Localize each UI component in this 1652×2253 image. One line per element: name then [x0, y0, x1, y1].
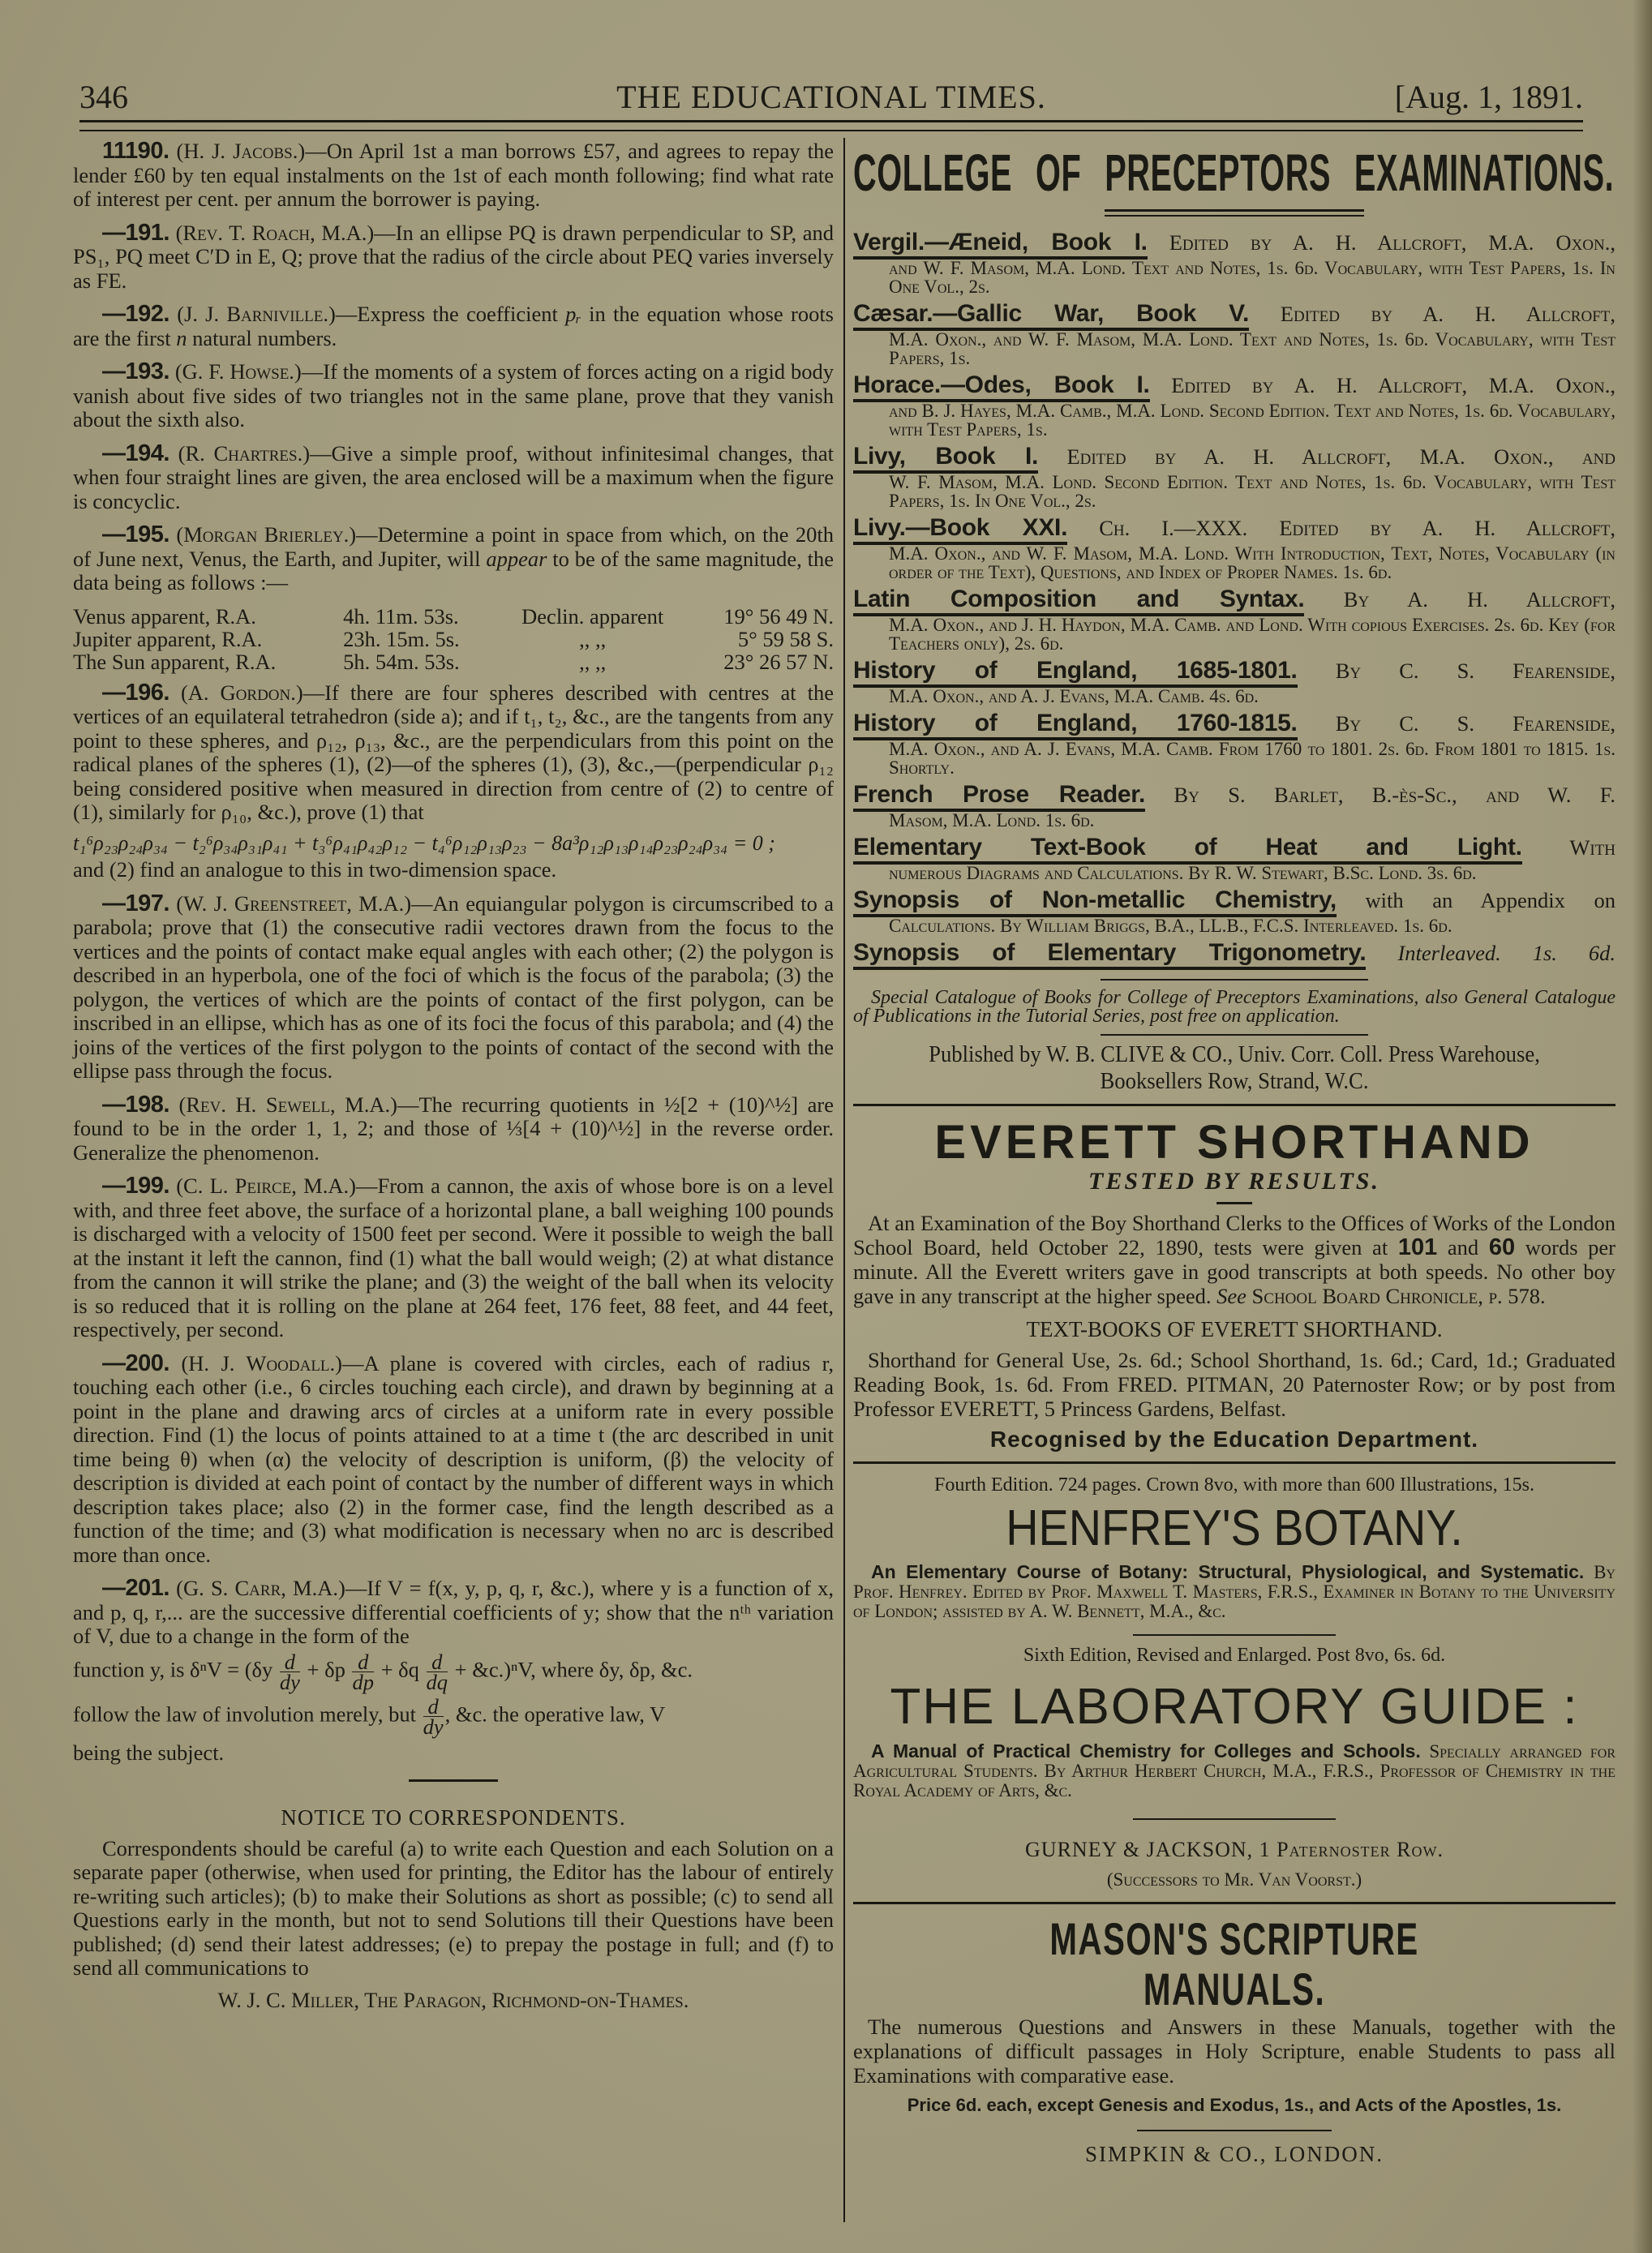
- book-detail: M.A. Oxon., and W. F. Masom, M.A. Lond. …: [853, 330, 1616, 367]
- table-row: Venus apparent, R.A. 4h. 11m. 53s. Decli…: [73, 605, 834, 628]
- ad-divider: [853, 1104, 1616, 1106]
- formula-part: function y, is δⁿV = (δy: [73, 1657, 272, 1681]
- question-197: —197. (W. J. Greenstreet, M.A.)—An equia…: [73, 892, 834, 1084]
- textbooks-title: TEXT-BOOKS OF EVERETT SHORTHAND.: [853, 1318, 1616, 1342]
- question-author: (A. Gordon.): [181, 680, 303, 705]
- question-text: being the subject.: [73, 1741, 834, 1766]
- book-detail: Masom, M.A. Lond. 1s. 6d.: [853, 811, 1616, 830]
- book-byline: Edited by A. H. Allcroft, M.A. Oxon.,: [1169, 230, 1616, 255]
- cpe-title: COLLEGE OF PRECEPTORS EXAMINATIONS.: [853, 144, 1614, 201]
- lab-edition: Sixth Edition, Revised and Enlarged. Pos…: [853, 1644, 1616, 1668]
- lab-title: THE LABORATORY GUIDE :: [853, 1678, 1616, 1736]
- book-title: History of England, 1760-1815.: [853, 710, 1298, 740]
- table-cell: Jupiter apparent, R.A.: [73, 628, 343, 650]
- question-author: (Morgan Brierley.): [176, 522, 356, 547]
- book-entry: Horace.—Odes, Book I. Edited by A. H. Al…: [853, 372, 1616, 439]
- question-author: (R. Chartres.): [178, 441, 310, 466]
- question-number: —200.: [102, 1350, 169, 1376]
- book-head: History of England, 1760-1815. By C. S. …: [853, 710, 1616, 736]
- book-detail: W. F. Masom, M.A. Lond. Second Edition. …: [853, 473, 1616, 510]
- book-head: Cæsar.—Gallic War, Book V. Edited by A. …: [853, 301, 1616, 327]
- book-entry: Livy, Book I. Edited by A. H. Allcroft, …: [853, 444, 1616, 510]
- fraction-denominator: dy: [423, 1716, 444, 1736]
- publisher-line-2: Booksellers Row, Strand, W.C.: [884, 1069, 1585, 1094]
- question-text: —A plane is covered with circles, each o…: [73, 1351, 834, 1567]
- issue-date: [Aug. 1, 1891.: [1395, 78, 1583, 116]
- question-number: —191.: [102, 220, 169, 246]
- catalogue-note: Special Catalogue of Books for College o…: [853, 989, 1616, 1026]
- book-byline: By C. S. Fearenside,: [1336, 711, 1616, 736]
- emphasis: appear: [486, 547, 547, 571]
- everett-paragraph: At an Examination of the Boy Shorthand C…: [853, 1211, 1616, 1308]
- page-edge-shadow: [1633, 0, 1652, 2253]
- header-rule-top: [79, 120, 1583, 122]
- table-row: Jupiter apparent, R.A. 23h. 15m. 5s. ,, …: [73, 628, 834, 650]
- book-byline: By S. Barlet, B.-ès-Sc., and W. F.: [1174, 783, 1616, 807]
- book-head: Elementary Text-Book of Heat and Light. …: [853, 835, 1616, 860]
- question-number: —194.: [102, 440, 169, 466]
- math-formula: t₁⁶ρ₂₃ρ₂₄ρ₃₄ − t₂⁶ρ₃₄ρ₃₁ρ₄₁ + t₃⁶ρ₄₁ρ₄₂ρ…: [73, 831, 834, 856]
- book-title: Vergil.—Æneid, Book I.: [853, 229, 1148, 260]
- fraction-denominator: dq: [427, 1672, 448, 1692]
- section-divider: [1216, 1202, 1252, 1204]
- question-number: —195.: [102, 521, 169, 547]
- book-byline: With: [1569, 835, 1616, 860]
- fraction-numerator: d: [280, 1652, 300, 1672]
- book-title: Synopsis of Elementary Trigonometry.: [853, 939, 1366, 970]
- book-byline: By A. H. Allcroft,: [1344, 587, 1616, 612]
- book-detail: M.A. Oxon., and A. J. Evans, M.A. Camb. …: [853, 687, 1616, 706]
- math-variable: pᵣ: [565, 302, 581, 326]
- everett-title: EVERETT SHORTHAND: [853, 1118, 1616, 1168]
- table-cell: ,, ,,: [498, 628, 687, 650]
- book-title: Horace.—Odes, Book I.: [853, 371, 1150, 402]
- book-detail: Calculations. By William Briggs, B.A., L…: [853, 916, 1616, 935]
- text-part: , &c. the operative law, V: [445, 1702, 666, 1726]
- book-title: Cæsar.—Gallic War, Book V.: [853, 300, 1249, 331]
- page-header: 346 THE EDUCATIONAL TIMES. [Aug. 1, 1891…: [79, 78, 1583, 117]
- book-byline: Edited by A. H. Allcroft,: [1281, 302, 1616, 326]
- speed-value: 101: [1398, 1234, 1437, 1260]
- question-author: (H. J. Jacobs.): [177, 139, 306, 163]
- recognised-line: Recognised by the Education Department.: [853, 1427, 1616, 1452]
- question-196: —196. (A. Gordon.)—If there are four sph…: [73, 681, 834, 825]
- newspaper-page: 346 THE EDUCATIONAL TIMES. [Aug. 1, 1891…: [0, 0, 1652, 2253]
- speed-value: 60: [1489, 1234, 1515, 1260]
- mason-price: Price 6d. each, except Genesis and Exodu…: [853, 2096, 1616, 2115]
- table-cell: 4h. 11m. 53s.: [343, 605, 498, 628]
- column-divider: [843, 138, 845, 2222]
- book-byline: Ch. I.—XXX. Edited by A. H. Allcroft,: [1099, 516, 1616, 540]
- question-number: —193.: [102, 358, 169, 384]
- title-double-rule: [1105, 209, 1364, 217]
- fraction: ddq: [427, 1652, 448, 1692]
- question-text: —From a cannon, the axis of whose bore i…: [73, 1174, 834, 1341]
- book-head: History of England, 1685-1801. By C. S. …: [853, 658, 1616, 684]
- table-cell: 5° 59 58 S.: [687, 628, 834, 650]
- henfrey-description: An Elementary Course of Botany: Structur…: [853, 1562, 1616, 1621]
- question-198: —198. (Rev. H. Sewell, M.A.)—The recurri…: [73, 1093, 834, 1165]
- notice-body: Correspondents should be careful (a) to …: [73, 1837, 834, 1980]
- section-divider: [1133, 1634, 1336, 1636]
- book-head: Synopsis of Elementary Trigonometry. Int…: [853, 940, 1616, 966]
- book-entry: French Prose Reader. By S. Barlet, B.-ès…: [853, 782, 1616, 830]
- fraction-numerator: d: [352, 1652, 374, 1672]
- question-author: (G. F. Howse.): [175, 359, 302, 384]
- text-part: See: [1216, 1284, 1247, 1308]
- everett-subtitle: TESTED BY RESULTS.: [853, 1169, 1616, 1194]
- question-number: —197.: [102, 890, 169, 916]
- fraction-numerator: d: [423, 1697, 444, 1716]
- book-head: Horace.—Odes, Book I. Edited by A. H. Al…: [853, 372, 1616, 398]
- question-author: (J. J. Barniville.): [177, 302, 336, 326]
- mason-publisher: SIMPKIN & CO., LONDON.: [853, 2143, 1616, 2167]
- ad-divider: [853, 1461, 1616, 1464]
- book-byline: Edited by A. H. Allcroft, M.A. Oxon., an…: [1066, 444, 1616, 469]
- book-title: Elementary Text-Book of Heat and Light.: [853, 834, 1522, 865]
- question-text: —An equiangular polygon is circumscribed…: [73, 891, 834, 1084]
- book-entry: Latin Composition and Syntax. By A. H. A…: [853, 586, 1616, 653]
- publication-title: THE EDUCATIONAL TIMES.: [79, 78, 1583, 116]
- book-title: History of England, 1685-1801.: [853, 657, 1298, 688]
- question-192: —192. (J. J. Barniville.)—Express the co…: [73, 303, 834, 350]
- desc-bold: An Elementary Course of Botany: Structur…: [871, 1561, 1584, 1582]
- book-head: Livy, Book I. Edited by A. H. Allcroft, …: [853, 444, 1616, 470]
- book-head: Livy.—Book XXI. Ch. I.—XXX. Edited by A.…: [853, 515, 1616, 541]
- question-number: —198.: [102, 1092, 169, 1118]
- table-cell: 23h. 15m. 5s.: [343, 628, 498, 650]
- header-rule-bottom: [79, 130, 1583, 131]
- book-byline: By C. S. Fearenside,: [1336, 659, 1616, 683]
- book-head: Vergil.—Æneid, Book I. Edited by A. H. A…: [853, 230, 1616, 255]
- question-number: —201.: [102, 1575, 169, 1601]
- table-cell: 19° 56 49 N.: [687, 605, 834, 628]
- astronomical-data-table: Venus apparent, R.A. 4h. 11m. 53s. Decli…: [73, 605, 834, 673]
- text-part: and: [1437, 1235, 1489, 1260]
- book-detail: and B. J. Hayes, M.A. Camb., M.A. Lond. …: [853, 401, 1616, 439]
- question-number: —192.: [102, 301, 169, 327]
- text-part: follow the law of involution merely, but: [73, 1702, 416, 1726]
- lab-successors: (Successors to Mr. Van Voorst.): [853, 1868, 1616, 1892]
- lab-publisher: GURNEY & JACKSON, 1 Paternoster Row.: [853, 1838, 1616, 1862]
- question-194: —194. (R. Chartres.)—Give a simple proof…: [73, 442, 834, 514]
- book-entry: History of England, 1760-1815. By C. S. …: [853, 710, 1616, 777]
- cpe-title-wrap: COLLEGE OF PRECEPTORS EXAMINATIONS.: [853, 144, 1616, 201]
- question-author: (W. J. Greenstreet, M.A.): [176, 891, 411, 916]
- book-entry: Cæsar.—Gallic War, Book V. Edited by A. …: [853, 301, 1616, 367]
- notice-address: W. J. C. Miller, The Paragon, Richmond-o…: [73, 1989, 834, 2013]
- table-cell: The Sun apparent, R.A.: [73, 650, 343, 673]
- question-11190: 11190. (H. J. Jacobs.)—On April 1st a ma…: [73, 139, 834, 212]
- question-number: 11190.: [102, 138, 169, 164]
- henfrey-edition: Fourth Edition. 724 pages. Crown 8vo, wi…: [853, 1474, 1616, 1498]
- formula-part: + δq: [381, 1657, 419, 1681]
- book-byline: with an Appendix on: [1366, 888, 1616, 912]
- question-201: —201. (G. S. Carr, M.A.)—If V = f(x, y, …: [73, 1577, 834, 1649]
- book-title: Latin Composition and Syntax.: [853, 586, 1304, 616]
- formula-part: + δp: [307, 1657, 345, 1681]
- question-199: —199. (C. L. Peirce, M.A.)—From a cannon…: [73, 1174, 834, 1342]
- section-divider: [1101, 1034, 1368, 1036]
- section-divider: [1137, 2130, 1332, 2131]
- section-divider: [1133, 1818, 1336, 1820]
- mason-title: MASON'S SCRIPTURE MANUALS.: [960, 1914, 1509, 2015]
- book-detail: M.A. Oxon., and A. J. Evans, M.A. Camb. …: [853, 740, 1616, 777]
- book-detail: and W. F. Masom, M.A. Lond. Text and Not…: [853, 259, 1616, 296]
- question-191: —191. (Rev. T. Roach, M.A.)—In an ellips…: [73, 221, 834, 294]
- book-detail: M.A. Oxon., and W. F. Masom, M.A. Lond. …: [853, 544, 1616, 581]
- ad-divider: [853, 1902, 1616, 1904]
- book-byline: Edited by A. H. Allcroft, M.A. Oxon.,: [1171, 373, 1616, 397]
- table-row: The Sun apparent, R.A. 5h. 54m. 53s. ,, …: [73, 650, 834, 673]
- section-divider: [1101, 979, 1368, 981]
- question-author: (C. L. Peirce, M.A.): [176, 1174, 356, 1198]
- table-cell: ,, ,,: [498, 650, 687, 673]
- henfrey-title: HENFREY'S BOTANY.: [891, 1500, 1577, 1557]
- table-cell: 23° 26 57 N.: [687, 650, 834, 673]
- fraction-denominator: dp: [352, 1672, 374, 1692]
- question-195: —195. (Morgan Brierley.)—Determine a poi…: [73, 523, 834, 595]
- book-entry: Synopsis of Elementary Trigonometry. Int…: [853, 940, 1616, 966]
- math-variable: n: [176, 326, 187, 350]
- question-author: (G. S. Carr, M.A.): [176, 1576, 345, 1600]
- book-title: Livy, Book I.: [853, 443, 1038, 474]
- book-head: French Prose Reader. By S. Barlet, B.-ès…: [853, 782, 1616, 808]
- question-193: —193. (G. F. Howse.)—If the moments of a…: [73, 360, 834, 432]
- question-text: natural numbers.: [187, 326, 337, 350]
- question-author: (Rev. T. Roach, M.A.): [176, 221, 375, 245]
- fraction-denominator: dy: [280, 1672, 300, 1692]
- textbooks-list: Shorthand for General Use, 2s. 6d.; Scho…: [853, 1348, 1616, 1421]
- section-divider: [409, 1779, 498, 1782]
- book-entry: Synopsis of Non-metallic Chemistry, with…: [853, 887, 1616, 935]
- book-detail: numerous Diagrams and Calculations. By R…: [853, 864, 1616, 882]
- fraction: ddp: [352, 1652, 374, 1692]
- right-column: COLLEGE OF PRECEPTORS EXAMINATIONS. Verg…: [853, 144, 1616, 2166]
- question-text: follow the law of involution merely, but…: [73, 1697, 834, 1736]
- mason-description: The numerous Questions and Answers in th…: [853, 2015, 1616, 2088]
- question-text: and (2) find an analogue to this in two-…: [73, 858, 834, 882]
- publisher-line-1: Published by W. B. CLIVE & CO., Univ. Co…: [884, 1042, 1585, 1067]
- book-byline: Interleaved. 1s. 6d.: [1397, 941, 1616, 965]
- book-head: Synopsis of Non-metallic Chemistry, with…: [853, 887, 1616, 913]
- book-list: Vergil.—Æneid, Book I. Edited by A. H. A…: [853, 230, 1616, 966]
- book-entry: Vergil.—Æneid, Book I. Edited by A. H. A…: [853, 230, 1616, 296]
- book-entry: Elementary Text-Book of Heat and Light. …: [853, 835, 1616, 882]
- table-cell: 5h. 54m. 53s.: [343, 650, 498, 673]
- question-number: —196.: [102, 680, 169, 706]
- formula-part: + &c.)ⁿV, where δy, δp, &c.: [455, 1657, 693, 1681]
- book-head: Latin Composition and Syntax. By A. H. A…: [853, 586, 1616, 612]
- desc-bold: A Manual of Practical Chemistry for Coll…: [871, 1740, 1421, 1762]
- fraction-numerator: d: [427, 1652, 448, 1672]
- source-citation: School Board Chronicle, p. 578.: [1247, 1284, 1546, 1308]
- lab-description: A Manual of Practical Chemistry for Coll…: [853, 1741, 1616, 1800]
- table-cell: Venus apparent, R.A.: [73, 605, 343, 628]
- question-text: —Express the coefficient: [336, 302, 565, 326]
- book-title: French Prose Reader.: [853, 781, 1145, 812]
- book-title: Livy.—Book XXI.: [853, 514, 1067, 545]
- question-200: —200. (H. J. Woodall.)—A plane is covere…: [73, 1352, 834, 1568]
- fraction: ddy: [423, 1697, 444, 1736]
- left-column: 11190. (H. J. Jacobs.)—On April 1st a ma…: [73, 139, 834, 2012]
- book-detail: M.A. Oxon., and J. H. Haydon, M.A. Camb.…: [853, 616, 1616, 653]
- fraction: ddy: [280, 1652, 300, 1692]
- book-entry: Livy.—Book XXI. Ch. I.—XXX. Edited by A.…: [853, 515, 1616, 581]
- notice-title: NOTICE TO CORRESPONDENTS.: [73, 1806, 834, 1830]
- table-cell: Declin. apparent: [498, 605, 687, 628]
- book-entry: History of England, 1685-1801. By C. S. …: [853, 658, 1616, 706]
- question-author: (H. J. Woodall.): [181, 1351, 342, 1375]
- book-title: Synopsis of Non-metallic Chemistry,: [853, 886, 1337, 917]
- question-author: (Rev. H. Sewell, M.A.): [179, 1092, 397, 1117]
- variation-formula: function y, is δⁿV = (δy ddy + δp ddp + …: [73, 1652, 834, 1692]
- question-number: —199.: [102, 1173, 169, 1199]
